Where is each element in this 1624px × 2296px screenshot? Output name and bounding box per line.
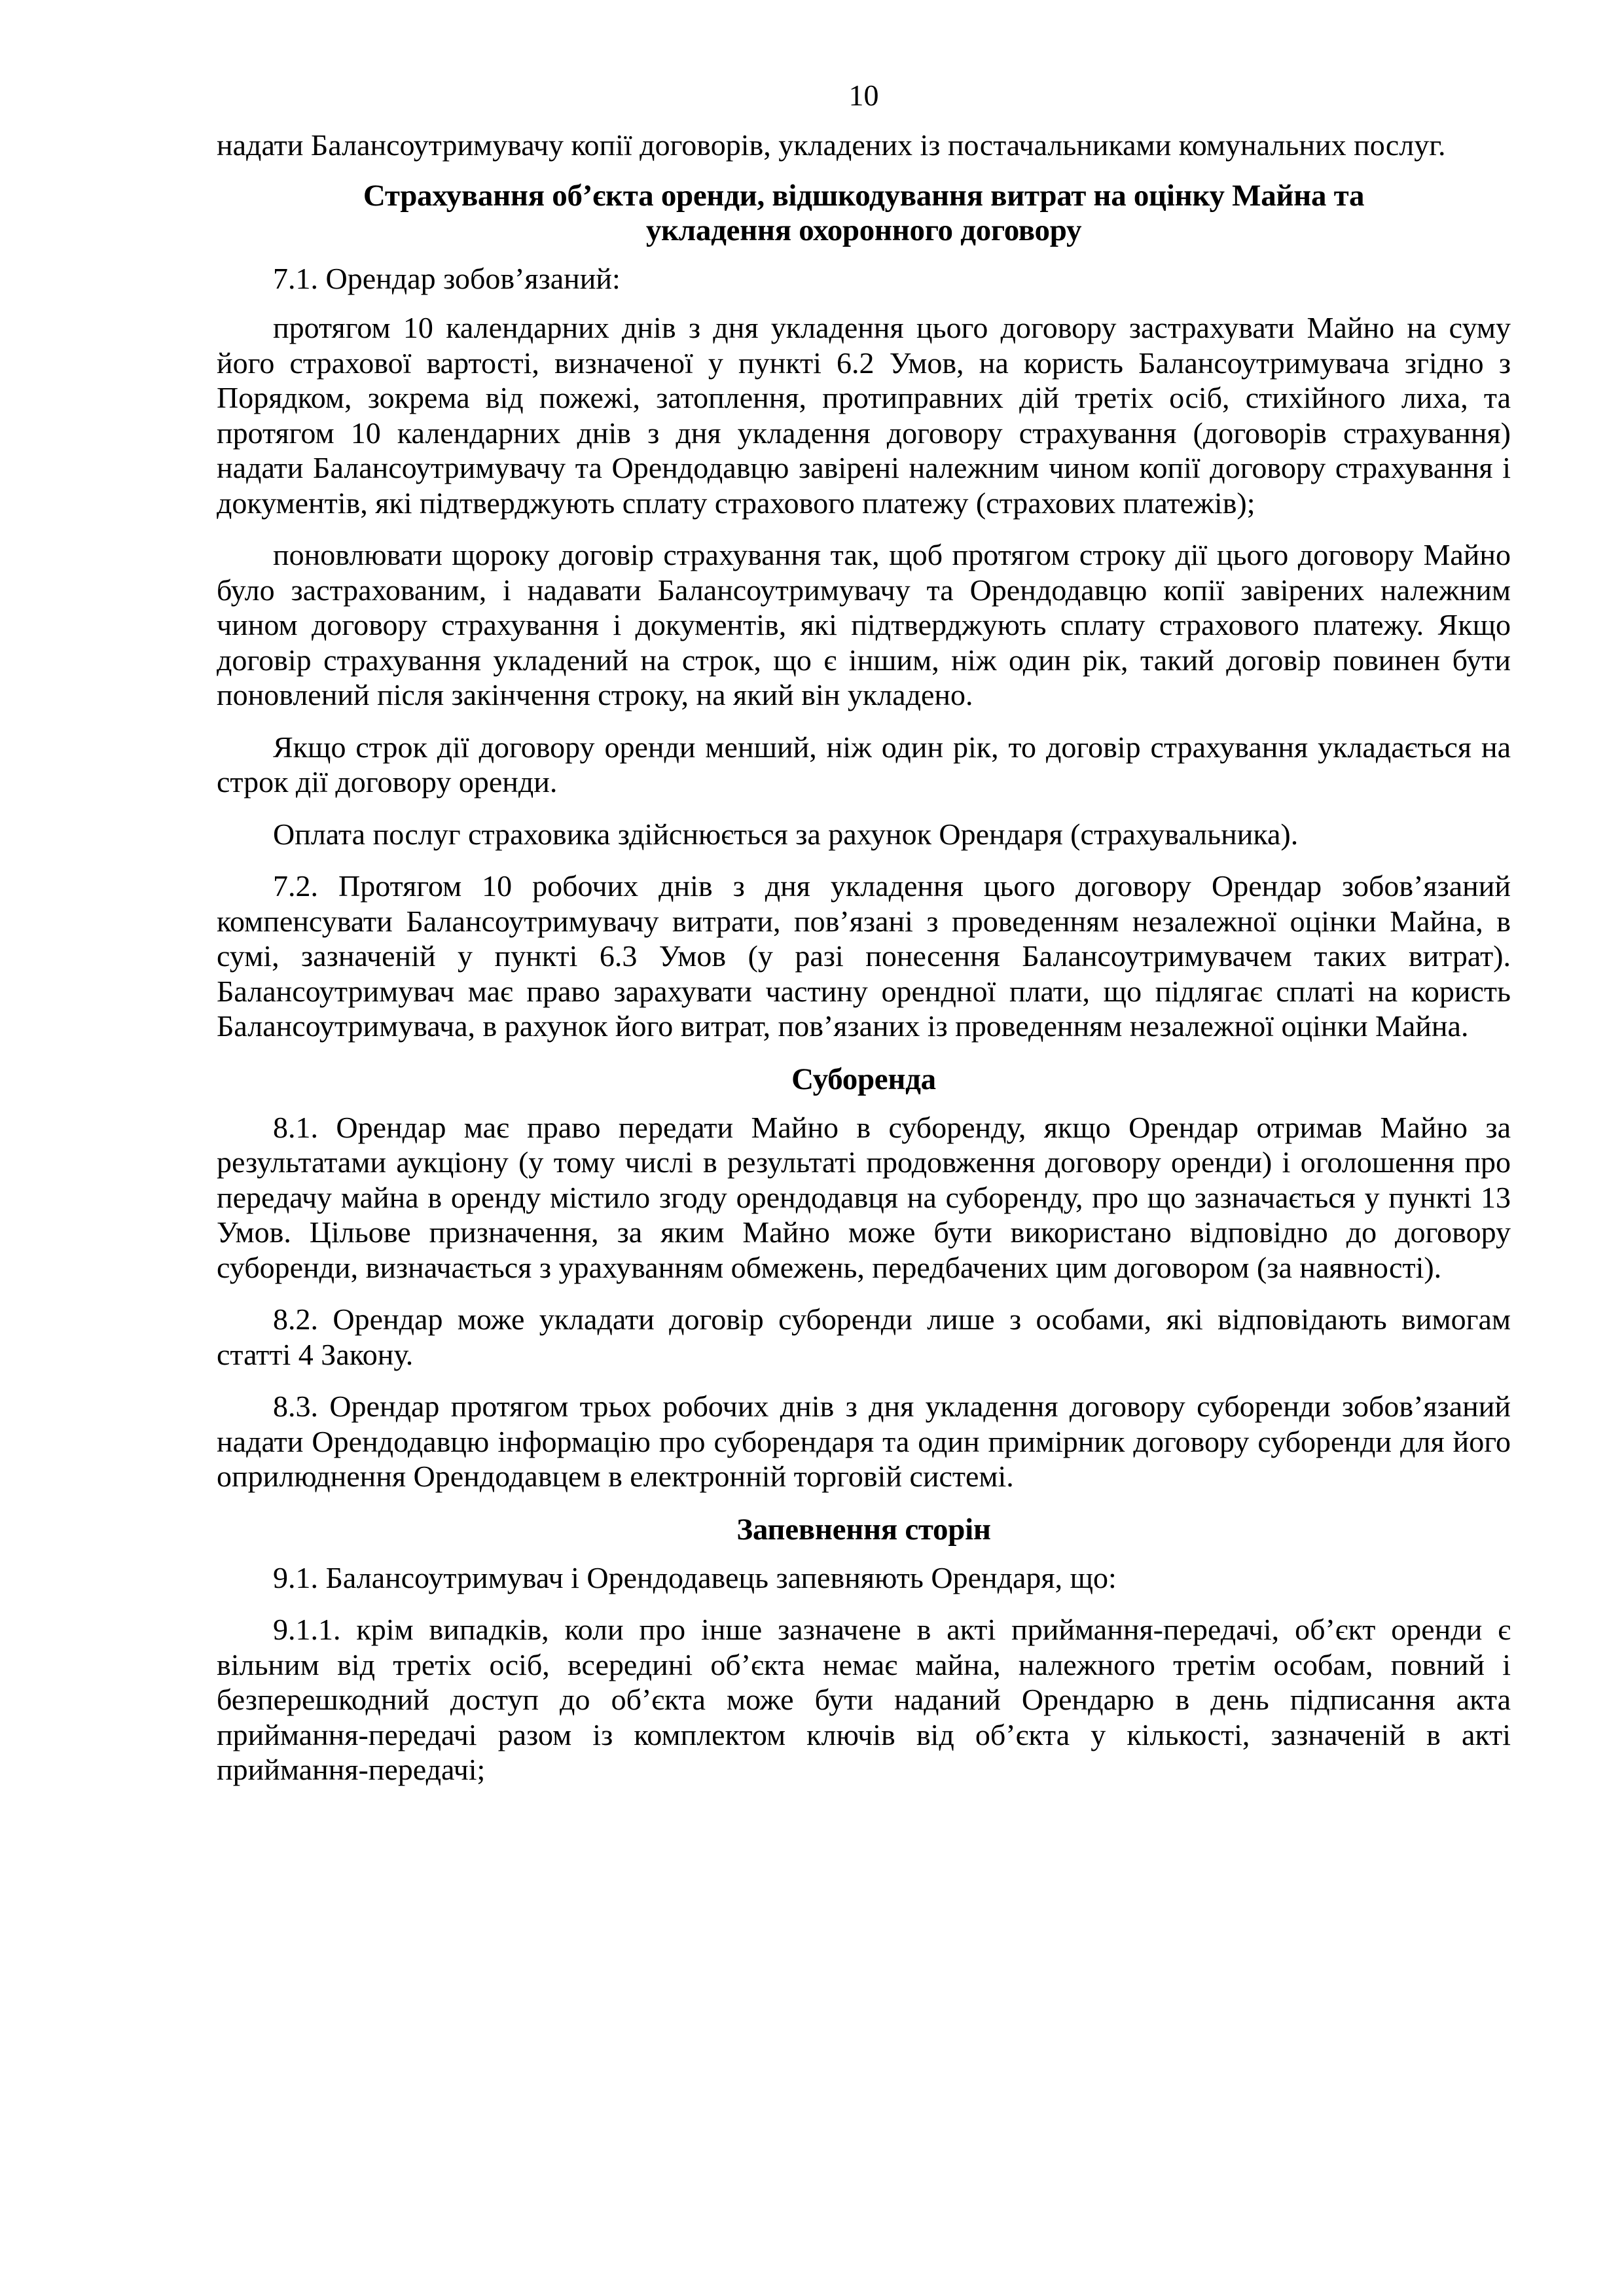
section-sublease: Суборенда 8.1. Орендар має право передат…: [217, 1062, 1511, 1494]
section-assurances: Запевнення сторін 9.1. Балансоутримувач …: [217, 1513, 1511, 1787]
clause-7-1-short-term: Якщо строк дії договору оренди менший, н…: [217, 730, 1511, 800]
clause-7-1-payment: Оплата послуг страховика здійснюється за…: [217, 817, 1511, 852]
document-body: надати Балансоутримувачу копії договорів…: [217, 128, 1511, 1804]
clause-7-1-insure: протягом 10 календарних днів з дня уклад…: [217, 310, 1511, 520]
clause-7-1: 7.1. Орендар зобов’язаний:: [217, 261, 1511, 296]
section-heading-sublease: Суборенда: [217, 1062, 1511, 1097]
clause-9-1: 9.1. Балансоутримувач і Орендодавець зап…: [217, 1560, 1511, 1596]
clause-7-2: 7.2. Протягом 10 робочих днів з дня укла…: [217, 869, 1511, 1044]
section-heading-assurances: Запевнення сторін: [217, 1513, 1511, 1547]
clause-8-2: 8.2. Орендар може укладати договір субор…: [217, 1302, 1511, 1372]
clause-8-1: 8.1. Орендар має право передати Майно в …: [217, 1110, 1511, 1285]
clause-7-1-renew: поновлювати щороку договір страхування т…: [217, 537, 1511, 713]
section-heading-insurance: Страхування об’єкта оренди, відшкодуванн…: [217, 179, 1511, 248]
clause-8-3: 8.3. Орендар протягом трьох робочих днів…: [217, 1389, 1511, 1494]
page-number: 10: [217, 77, 1511, 114]
clause-9-1-1: 9.1.1. крім випадків, коли про інше зазн…: [217, 1612, 1511, 1787]
section-insurance: Страхування об’єкта оренди, відшкодуванн…: [217, 179, 1511, 1044]
continuation-paragraph: надати Балансоутримувачу копії договорів…: [217, 128, 1511, 163]
